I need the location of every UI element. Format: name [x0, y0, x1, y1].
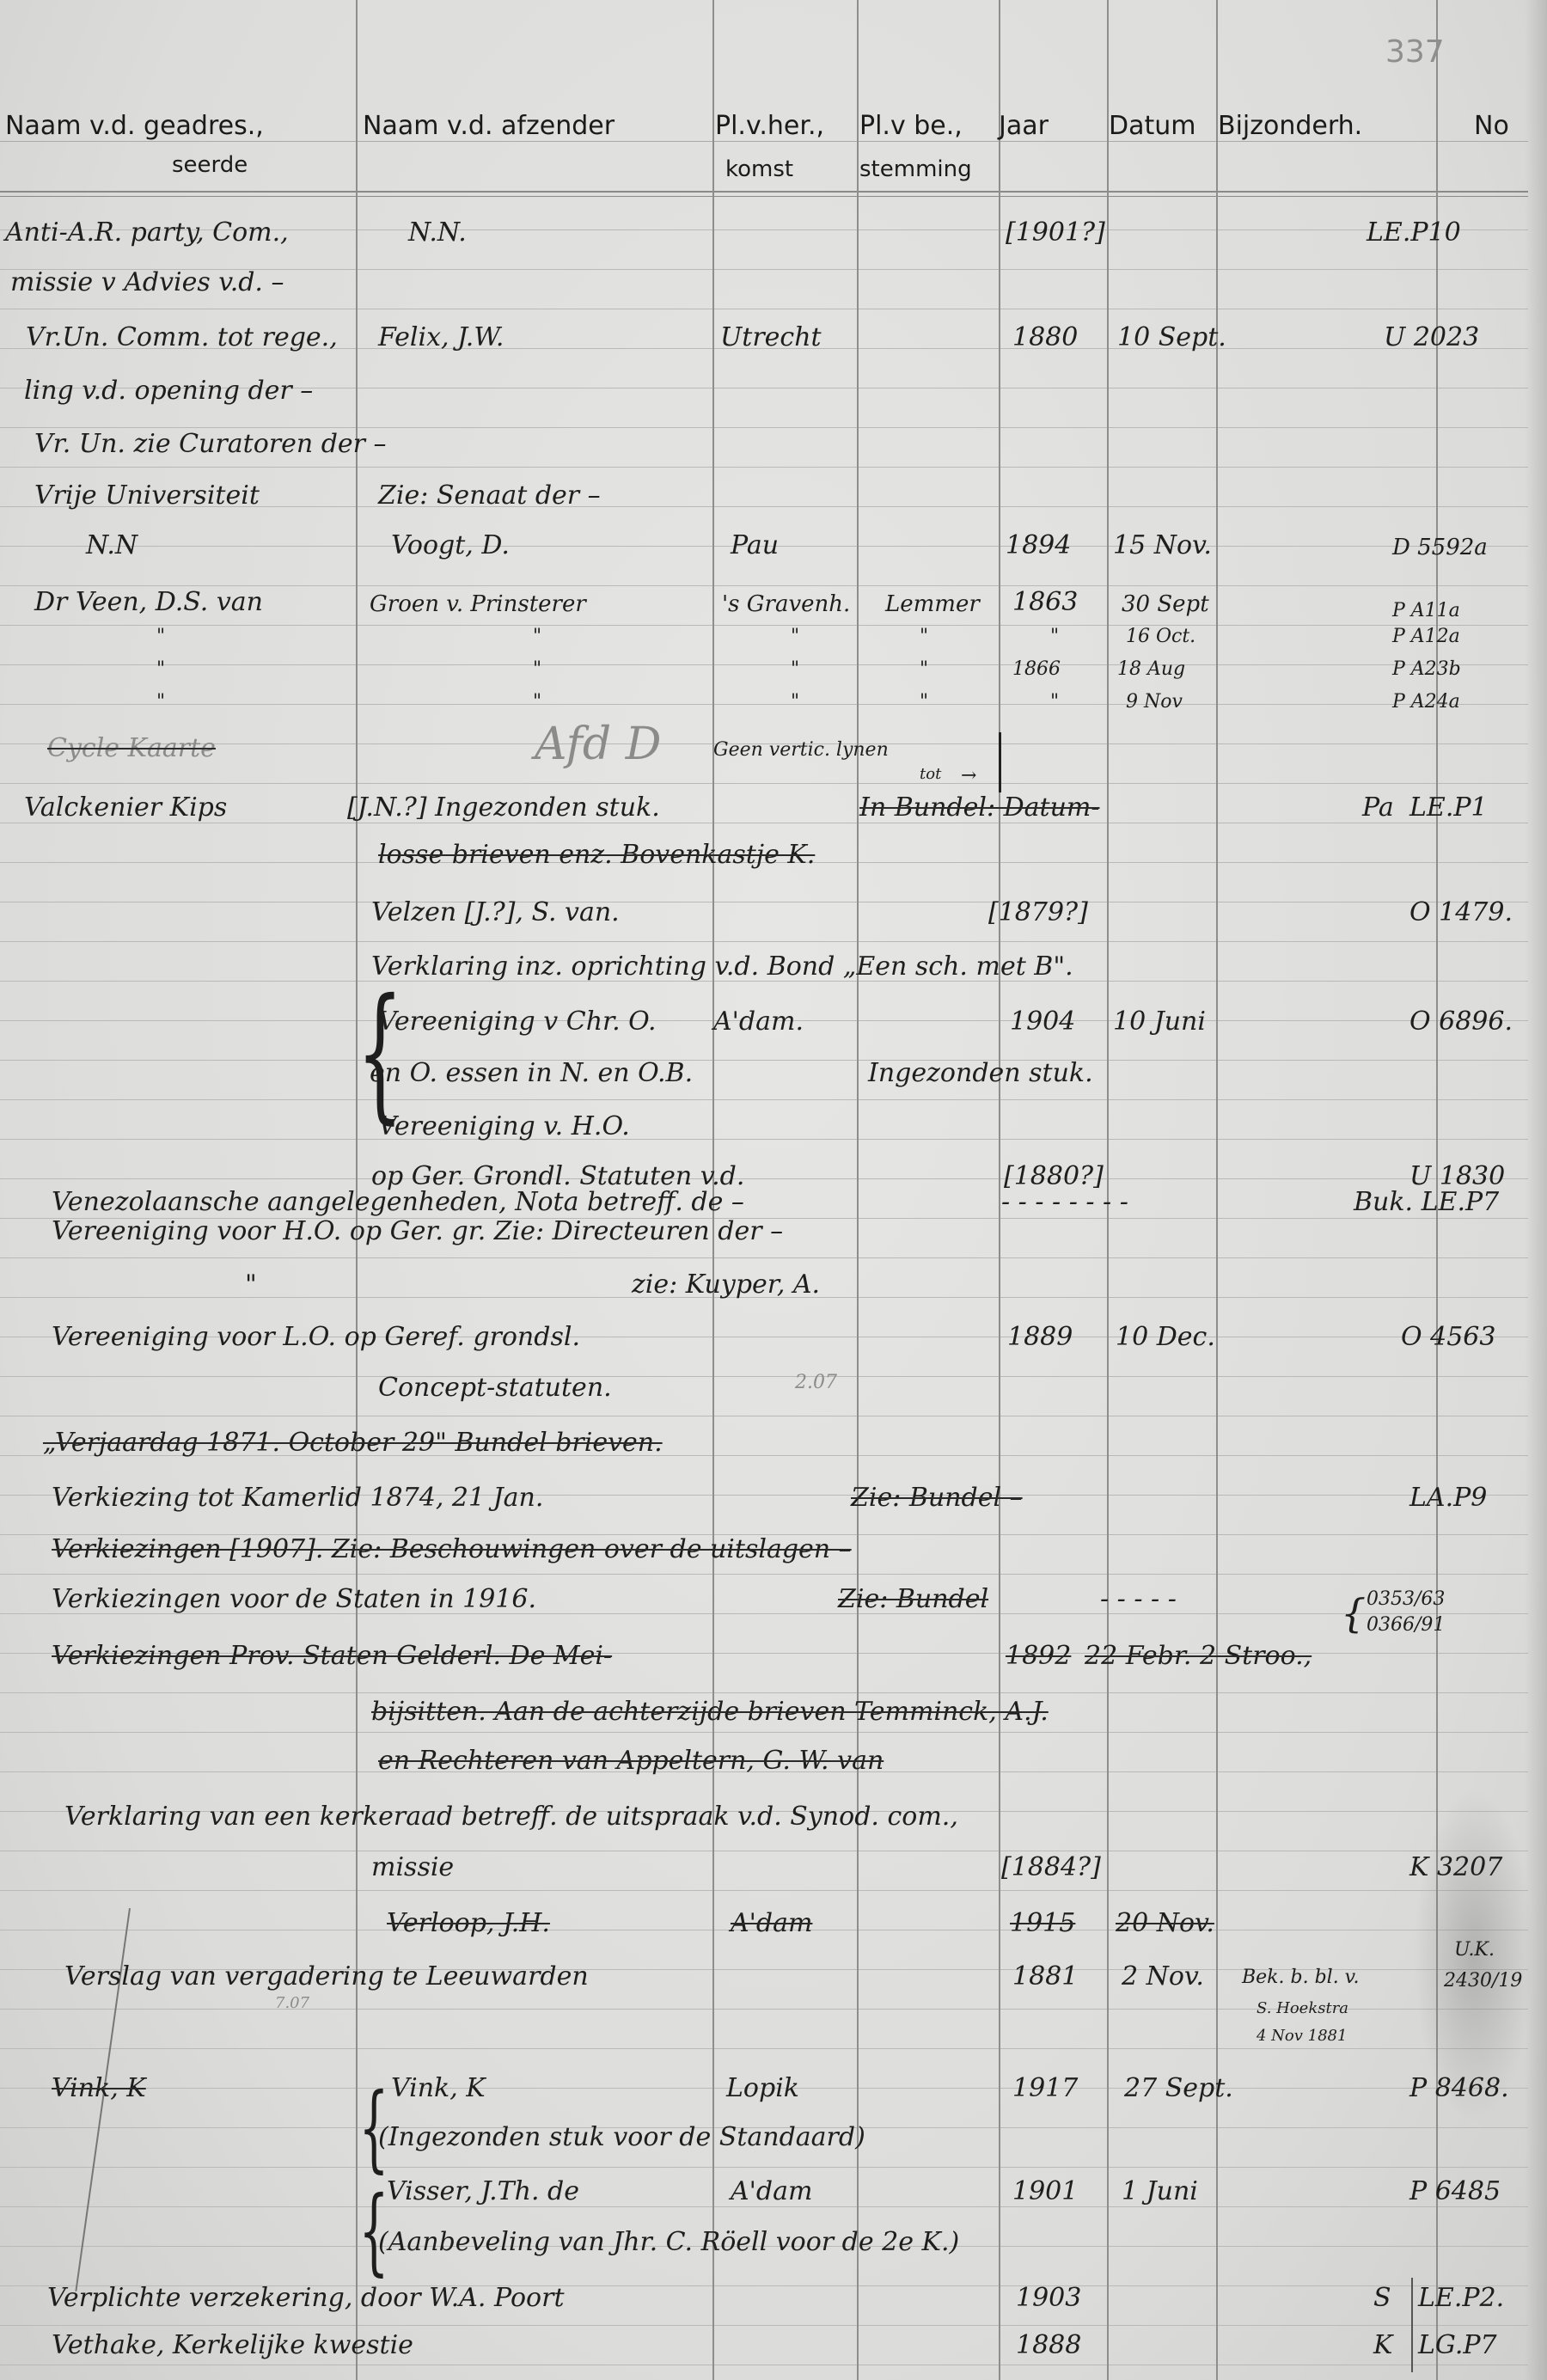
entry-struck-text: Vink, K — [52, 2076, 146, 2102]
entry-addressee: Vereeniging voor L.O. op Geref. grondsl. — [52, 1325, 580, 1350]
ditto-mark: " — [156, 693, 165, 712]
entry-sender: zie: Kuyper, A. — [632, 1272, 820, 1298]
ditto-mark: " — [156, 660, 165, 679]
entry-sender: Vereeniging v Chr. O. — [378, 1009, 657, 1035]
entry-number: P A12a — [1392, 627, 1460, 646]
entry-sender: (Ingezonden stuk voor de Standaard) — [378, 2125, 865, 2151]
entry-addressee: Dr Veen, D.S. van — [34, 590, 263, 615]
ruled-line — [0, 783, 1528, 784]
entry-struck-text: Verkiezingen Prov. Staten Gelderl. De Me… — [52, 1643, 612, 1669]
column-mark — [1411, 2278, 1413, 2372]
entry-addressee: Vethake, Kerkelijke kwestie — [52, 2333, 413, 2359]
entry-addressee: ling v.d. opening der – — [24, 378, 313, 404]
header-double-rule — [0, 191, 1528, 193]
ruled-line — [0, 1376, 1528, 1377]
entry-year: 1904 — [1010, 1009, 1075, 1035]
entry-year: 1917 — [1012, 2076, 1078, 2102]
entry-year: 1903 — [1016, 2285, 1081, 2311]
ruled-line — [0, 1178, 1528, 1179]
entry-year: 1889 — [1007, 1325, 1073, 1350]
entry-sender: [J.N.?] Ingezonden stuk. — [347, 795, 660, 821]
entry-year: [1901?] — [1006, 220, 1105, 246]
entry-sender: N.N. — [408, 220, 467, 246]
entry-addressee: Venezolaansche aangelegenheden, Nota bet… — [52, 1190, 744, 1215]
entry-addressee: Verplichte verzekering, door W.A. Poort — [47, 2285, 565, 2311]
entry-struck-text: losse brieven enz. Bovenkastje K. — [378, 842, 815, 868]
entry-remark: S — [1373, 2285, 1391, 2311]
column-divider-6 — [1216, 0, 1218, 2380]
leader-dashes: - - - - - — [1100, 1587, 1177, 1612]
ledger-page: 337 Naam v.d. geadres., seerde Naam v.d.… — [0, 0, 1547, 2380]
ditto-mark: " — [533, 693, 541, 712]
entry-year: 1901 — [1012, 2179, 1078, 2205]
ruled-line — [0, 1099, 1528, 1100]
entry-number: D 5592a — [1392, 536, 1488, 559]
ditto-mark: " — [245, 1272, 257, 1298]
ruled-line — [0, 1257, 1528, 1258]
entry-addressee: Anti-A.R. party, Com., — [5, 220, 289, 246]
entry-date: 10 Juni — [1113, 1009, 1206, 1035]
ditto-mark: " — [1050, 627, 1059, 646]
entry-struck-year: 1892 — [1006, 1643, 1071, 1669]
entry-year: 1863 — [1012, 590, 1078, 615]
entry-addressee: missie v Advies v.d. – — [10, 270, 284, 296]
entry-number: LA.P9 — [1409, 1485, 1487, 1511]
header-destination: Pl.v be., — [859, 113, 963, 139]
entry-struck-text: In Bundel: Datum- — [859, 795, 1100, 821]
entry-sender: Visser, J.Th. de — [387, 2179, 579, 2205]
entry-origin: 's Gravenh. — [722, 593, 850, 615]
entry-remark: Ingezonden stuk. — [868, 1061, 1093, 1086]
header-year: Jaar — [999, 113, 1049, 139]
ruled-line — [0, 585, 1528, 586]
ruled-line — [0, 427, 1528, 428]
entry-number: 2430/19 — [1444, 1972, 1522, 1991]
entry-remark: 2.07 — [795, 1374, 837, 1392]
leader-dashes: - - - - - - - - — [1001, 1190, 1128, 1215]
header-double-rule-2 — [0, 196, 1528, 197]
ditto-mark: " — [533, 660, 541, 679]
entry-struck-text: Zie: Bundel — [838, 1587, 988, 1612]
ruled-line — [0, 1139, 1528, 1140]
entry-date: 30 Sept — [1122, 593, 1209, 615]
entry-number: O 6896. — [1409, 1009, 1513, 1035]
entry-remark: S. Hoekstra — [1257, 2001, 1348, 2016]
entry-year: 1881 — [1012, 1964, 1078, 1990]
entry-struck-origin: A'dam — [731, 1911, 812, 1936]
ditto-mark: " — [791, 660, 799, 679]
entry-number: LE.P10 — [1367, 220, 1461, 246]
ditto-mark: " — [791, 627, 799, 646]
entry-number: LG.P7 — [1418, 2333, 1497, 2359]
ditto-mark: " — [1050, 693, 1059, 712]
entry-sender: Groen v. Prinsterer — [370, 593, 586, 615]
ruled-line — [0, 1851, 1528, 1851]
ditto-mark: " — [791, 693, 799, 712]
entry-year: [1884?] — [1001, 1855, 1101, 1881]
entry-origin: A'dam. — [713, 1009, 804, 1035]
entry-date: 10 Sept. — [1117, 325, 1226, 351]
entry-number: K 3207 — [1409, 1855, 1502, 1881]
entry-date: 18 Aug — [1117, 660, 1185, 679]
page-edge-shadow — [1525, 0, 1547, 2380]
entry-number: P A11a — [1392, 602, 1460, 621]
entry-sender: Felix, J.W. — [378, 325, 504, 351]
entry-origin: Lopik — [726, 2076, 799, 2102]
ditto-mark: " — [920, 660, 928, 679]
header-top-rule — [0, 141, 1528, 142]
entry-struck-year: 1915 — [1010, 1911, 1075, 1936]
ruled-line — [0, 1060, 1528, 1061]
entry-year: [1879?] — [988, 900, 1088, 926]
ruled-line — [0, 704, 1528, 705]
ruled-line — [0, 2167, 1528, 2168]
entry-addressee: Valckenier Kips — [24, 795, 227, 821]
entry-number: P A23b — [1392, 660, 1461, 679]
header-addressee-cont: seerde — [172, 154, 248, 176]
entry-date: 2 Nov. — [1122, 1964, 1204, 1990]
ruled-line — [0, 625, 1528, 626]
entry-date: 15 Nov. — [1113, 533, 1212, 559]
ditto-mark: " — [920, 693, 928, 712]
annotation-geen-vertic: Geen vertic. lynen — [713, 741, 889, 760]
entry-number: U 2023 — [1384, 325, 1479, 351]
annotation-bar — [999, 732, 1001, 792]
entry-date: 16 Oct. — [1126, 627, 1195, 646]
entry-sender: Voogt, D. — [391, 533, 510, 559]
header-remarks: Bijzonderh. — [1218, 113, 1362, 139]
ditto-mark: " — [920, 627, 928, 646]
ruled-line — [0, 2048, 1528, 2049]
column-divider-3 — [857, 0, 859, 2380]
entry-struck-text: Verloop, J.H. — [387, 1911, 550, 1936]
entry-struck-text: en Rechteren van Appeltern, G. W. van — [378, 1748, 884, 1774]
entry-sender: Zie: Senaat der – — [378, 483, 601, 509]
grouping-brace: { — [357, 980, 403, 1126]
entry-struck-date: 22 Febr. 2 Stroo., — [1085, 1643, 1312, 1669]
ruled-line — [0, 309, 1528, 309]
ruled-line — [0, 902, 1528, 902]
ruled-line — [0, 467, 1528, 468]
ruled-line — [0, 1890, 1528, 1891]
entry-sender: missie — [371, 1855, 454, 1881]
entry-number: U 1830 — [1409, 1164, 1505, 1190]
entry-addressee: Verslag van vergadering te Leeuwarden — [64, 1964, 589, 1990]
entry-number: Buk. LE.P7 — [1354, 1190, 1499, 1215]
entry-addressee: Vereeniging voor H.O. op Ger. gr. Zie: D… — [52, 1219, 783, 1245]
entry-subnote: 7.07 — [275, 1996, 309, 2011]
ditto-mark: " — [533, 627, 541, 646]
ruled-line — [0, 2325, 1528, 2326]
ruled-line — [0, 1732, 1528, 1733]
entry-addressee: Verkiezingen voor de Staten in 1916. — [52, 1587, 536, 1612]
entry-sender: (Aanbeveling van Jhr. C. Röell voor de 2… — [378, 2230, 959, 2255]
entry-struck-text: bijsitten. Aan de achterzijde brieven Te… — [371, 1699, 1049, 1725]
ruled-line — [0, 941, 1528, 942]
entry-struck-text: Zie: Bundel – — [851, 1485, 1023, 1511]
page-number: 337 — [1385, 34, 1445, 70]
entry-remark: 4 Nov 1881 — [1257, 2028, 1347, 2044]
entry-destination: Lemmer — [885, 593, 980, 615]
entry-addressee: N.N — [86, 533, 138, 559]
header-destination-cont: stemming — [859, 158, 972, 180]
ruled-line — [0, 2365, 1528, 2365]
entry-number: P A24a — [1392, 693, 1460, 712]
entry-addressee: Vr. Un. zie Curatoren der – — [34, 431, 387, 457]
entry-sender: Concept-statuten. — [378, 1375, 612, 1401]
entry-sender: Vereeniging v. H.O. — [378, 1114, 630, 1140]
annotation-cycle-kaarte: Cycle Kaarte — [47, 736, 216, 762]
entry-year: 1880 — [1012, 325, 1078, 351]
entry-remark: Bek. b. bl. v. — [1242, 1968, 1360, 1987]
header-origin-cont: komst — [725, 158, 793, 180]
entry-year: 1888 — [1016, 2333, 1081, 2359]
entry-number: O 1479. — [1409, 900, 1513, 926]
header-date: Datum — [1109, 113, 1195, 139]
entry-addressee: Vrije Universiteit — [34, 483, 260, 509]
entry-sender: Verklaring inz. oprichting v.d. Bond „Ee… — [371, 954, 1073, 980]
annotation-arrow: → — [961, 767, 976, 786]
ruled-line — [0, 664, 1528, 665]
entry-addressee: Verklaring van een kerkeraad betreff. de… — [64, 1804, 958, 1830]
entry-number: O 4563 — [1401, 1325, 1495, 1350]
entry-date: 1 Juni — [1122, 2179, 1198, 2205]
entry-number: P 8468. — [1409, 2076, 1509, 2102]
entry-struck-text: Verkiezingen [1907]. Zie: Beschouwingen … — [52, 1537, 852, 1563]
ditto-mark: " — [156, 627, 165, 646]
entry-sender: Vink, K — [391, 2076, 486, 2102]
entry-number: P 6485 — [1409, 2179, 1501, 2205]
entry-addressee: Verkiezing tot Kamerlid 1874, 21 Jan. — [52, 1485, 543, 1511]
header-sender: Naam v.d. afzender — [363, 113, 615, 139]
entry-remark: K — [1373, 2333, 1392, 2359]
ruled-line — [0, 823, 1528, 823]
ruled-line — [0, 1574, 1528, 1575]
annotation-afd-d: Afd D — [535, 722, 661, 767]
entry-date: 27 Sept. — [1124, 2076, 1233, 2102]
entry-year: [1880?] — [1004, 1164, 1104, 1190]
entry-origin: Utrecht — [720, 325, 822, 351]
entry-number: 0366/91 — [1367, 1616, 1445, 1635]
entry-date: 10 Dec. — [1116, 1325, 1215, 1350]
entry-remark: Pa — [1362, 795, 1394, 821]
entry-number-top: U.K. — [1454, 1941, 1495, 1960]
entry-number: 0353/63 — [1367, 1590, 1445, 1609]
entry-date: 9 Nov — [1126, 693, 1183, 712]
entry-origin: A'dam — [731, 2179, 812, 2205]
ruled-line — [0, 1692, 1528, 1693]
entry-number: LE.P1 — [1409, 795, 1488, 821]
entry-addressee: Vr.Un. Comm. tot rege., — [26, 325, 338, 351]
entry-sender: op Ger. Grondl. Statuten v.d. — [371, 1164, 744, 1190]
header-number: No — [1474, 113, 1509, 139]
entry-number: LE.P2. — [1418, 2285, 1504, 2311]
entry-struck-text: „Verjaardag 1871. October 29" Bundel bri… — [43, 1430, 663, 1456]
column-divider-4 — [999, 0, 1000, 2380]
entry-struck-date: 20 Nov. — [1116, 1911, 1214, 1936]
entry-sender: en O. essen in N. en O.B. — [370, 1061, 693, 1086]
ruled-line — [0, 2206, 1528, 2207]
entry-origin: Pau — [731, 533, 779, 559]
header-origin: Pl.v.her., — [715, 113, 824, 139]
grouping-brace-small: { — [1341, 1594, 1366, 1633]
entry-sender: Velzen [J.?], S. van. — [371, 900, 620, 926]
header-addressee: Naam v.d. geadres., — [5, 113, 264, 139]
entry-year: 1894 — [1006, 533, 1071, 559]
entry-year: 1866 — [1012, 660, 1061, 679]
annotation-tot: tot — [920, 767, 941, 782]
ruled-line — [0, 1416, 1528, 1416]
